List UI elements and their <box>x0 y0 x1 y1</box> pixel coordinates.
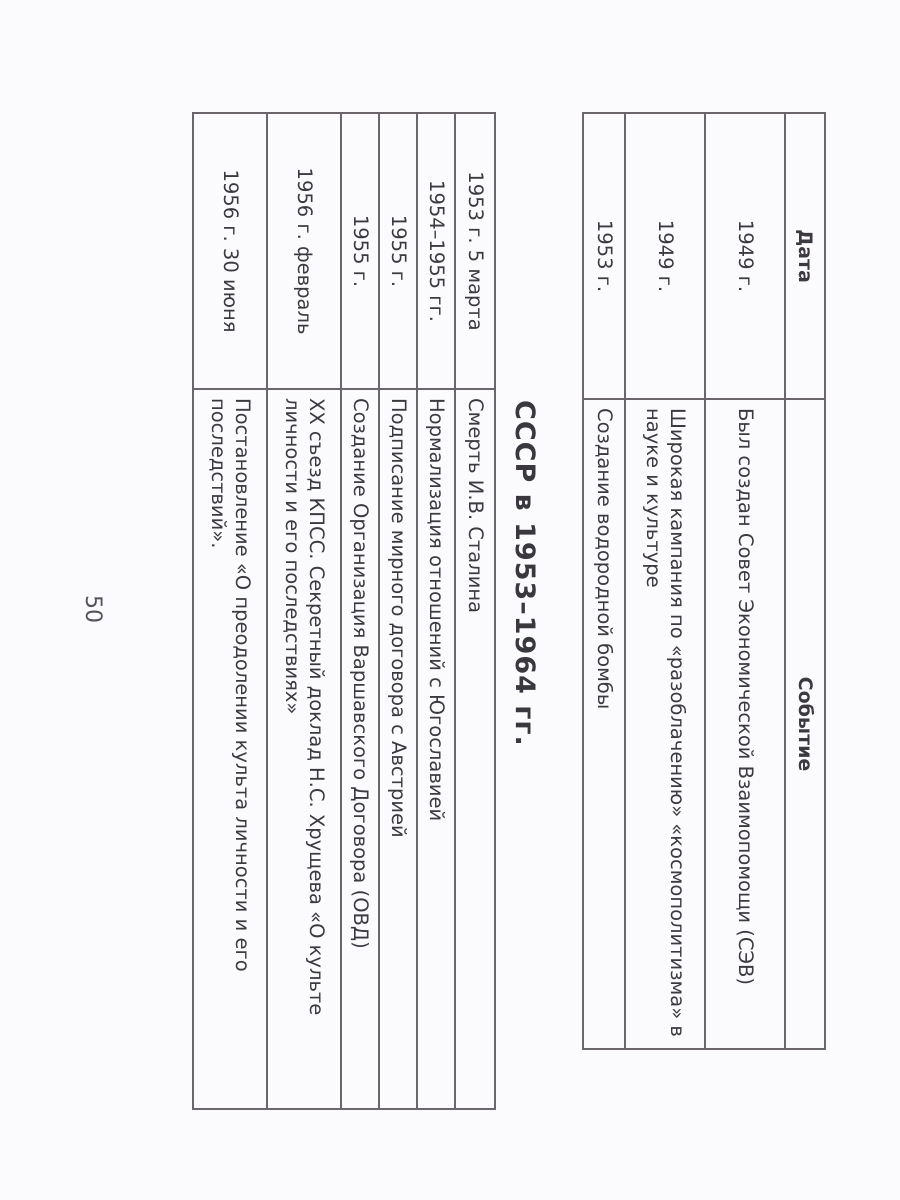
table-row: 1956 г. 30 июня Постановление «О преодол… <box>193 113 267 1109</box>
table-header-row: Дата Событие <box>785 113 825 1049</box>
table-row: 1953 г. 5 марта Смерть И.В. Сталина <box>455 113 495 1109</box>
section-title: СССР в 1953–1964 гг. <box>509 400 540 830</box>
date-cell: 1955 г. <box>341 113 379 389</box>
date-cell: 1954–1955 гг. <box>417 113 455 389</box>
table-row: 1953 г. Создание водородной бомбы <box>583 113 625 1049</box>
event-cell: Смерть И.В. Сталина <box>455 389 495 1109</box>
book-page: Дата Событие 1949 г. Был создан Совет Эк… <box>0 0 900 1200</box>
table-row: 1955 г. Подписание мирного договора с Ав… <box>379 113 417 1109</box>
header-date: Дата <box>785 113 825 399</box>
date-cell: 1956 г. февраль <box>267 113 341 389</box>
table-row: 1949 г. Широкая кампания по «разоблачени… <box>625 113 705 1049</box>
date-cell: 1949 г. <box>705 113 785 399</box>
date-cell: 1956 г. 30 июня <box>193 113 267 389</box>
table-row: 1955 г. Создание Организация Варшавского… <box>341 113 379 1109</box>
event-cell: Был создан Совет Экономической Взаимопом… <box>705 399 785 1049</box>
date-cell: 1953 г. 5 марта <box>455 113 495 389</box>
event-cell: Создание водородной бомбы <box>583 399 625 1049</box>
events-table-1949-1953: Дата Событие 1949 г. Был создан Совет Эк… <box>582 112 826 1050</box>
events-table-1953-1964: 1953 г. 5 марта Смерть И.В. Сталина 1954… <box>192 112 496 1110</box>
page-number: 50 <box>80 595 105 623</box>
event-cell: Нормализация отношений с Югославией <box>417 389 455 1109</box>
table-row: 1949 г. Был создан Совет Экономической В… <box>705 113 785 1049</box>
event-cell: Широкая кампания по «разоблачению» «косм… <box>625 399 705 1049</box>
event-cell: Постановление «О преодолении культа личн… <box>193 389 267 1109</box>
table-row: 1954–1955 гг. Нормализация отношений с Ю… <box>417 113 455 1109</box>
event-cell: Подписание мирного договора с Австрией <box>379 389 417 1109</box>
event-cell: Создание Организация Варшавского Договор… <box>341 389 379 1109</box>
header-event: Событие <box>785 399 825 1049</box>
date-cell: 1953 г. <box>583 113 625 399</box>
date-cell: 1949 г. <box>625 113 705 399</box>
event-cell: XX съезд КПСС. Секретный доклад Н.С. Хру… <box>267 389 341 1109</box>
date-cell: 1955 г. <box>379 113 417 389</box>
table-row: 1956 г. февраль XX съезд КПСС. Секретный… <box>267 113 341 1109</box>
